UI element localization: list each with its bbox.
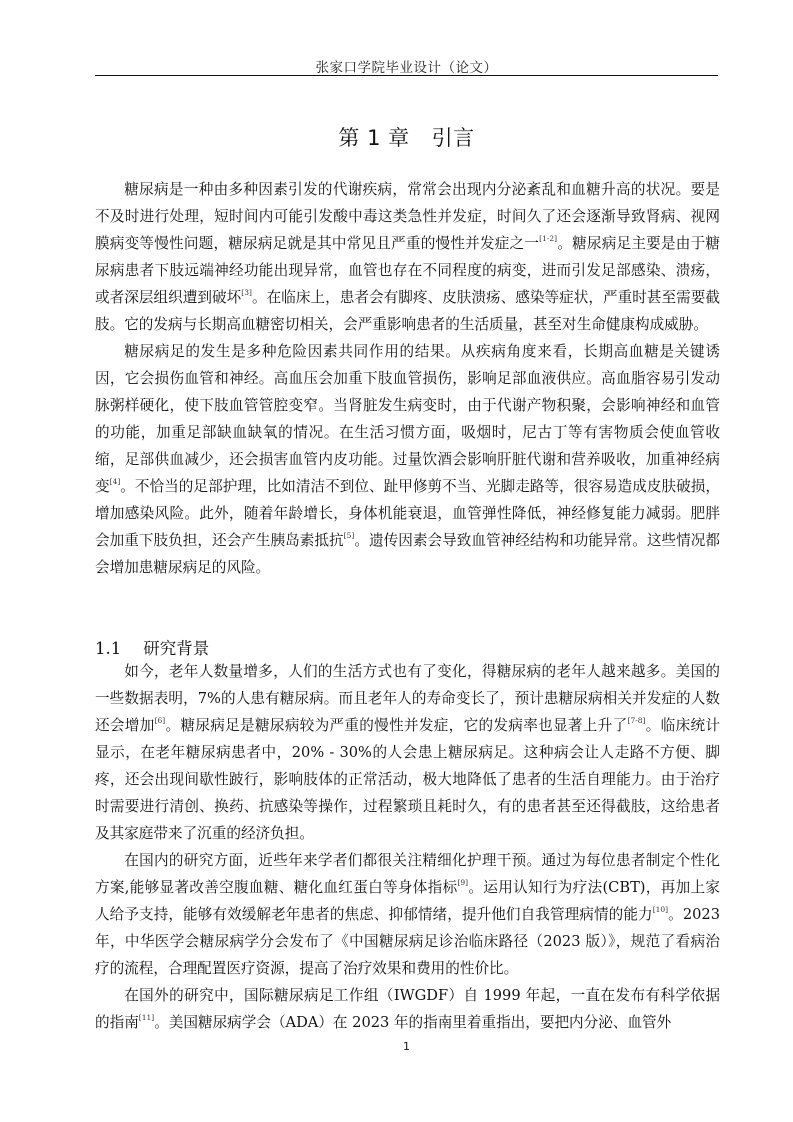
- citation-marker[interactable]: [9]: [457, 878, 468, 887]
- citation-marker[interactable]: [10]: [653, 905, 668, 914]
- chapter-title: 第 1 章引言: [95, 122, 718, 152]
- page-number: 1: [95, 1040, 718, 1053]
- paragraph-text: 。临床统计显示，在老年糖尿病患者中，20% - 30%的人会患上糖尿病足。这种病…: [95, 717, 720, 842]
- section-1-1-body: 如今，老年人数量增多，人们的生活方式也有了变化，得糖尿病的老年人越来越多。美国的…: [95, 658, 720, 1036]
- paragraph-text: 。美国糖尿病学会（ADA）在 2023 年的指南里着重指出，要把内分泌、血管外: [154, 1014, 671, 1031]
- citation-marker[interactable]: [1-2]: [539, 234, 557, 243]
- body-paragraph: 糖尿病是一种由多种因素引发的代谢疾病，常常会出现内分泌紊乱和血糖升高的状况。要是…: [95, 176, 720, 338]
- intro-body: 糖尿病是一种由多种因素引发的代谢疾病，常常会出现内分泌紊乱和血糖升高的状况。要是…: [95, 176, 720, 581]
- body-paragraph: 在国内的研究方面，近些年来学者们都很关注精细化护理干预。通过为每位患者制定个性化…: [95, 847, 720, 982]
- body-paragraph: 在国外的研究中，国际糖尿病足工作组（IWGDF）自 1999 年起，一直在发布有…: [95, 982, 720, 1036]
- citation-marker[interactable]: [7-8]: [628, 716, 646, 725]
- section-title: 研究背景: [143, 639, 209, 658]
- body-paragraph: 如今，老年人数量增多，人们的生活方式也有了变化，得糖尿病的老年人越来越多。美国的…: [95, 658, 720, 847]
- page-header-title: 张家口学院毕业设计（论文）: [95, 56, 718, 76]
- citation-marker[interactable]: [11]: [139, 1013, 154, 1022]
- paragraph-text: 糖尿病足的发生是多种危险因素共同作用的结果。从疾病角度来看，长期高血糖是关键诱因…: [95, 343, 720, 495]
- citation-marker[interactable]: [3]: [241, 288, 252, 297]
- section-heading: 1.1研究背景: [95, 635, 209, 659]
- chapter-number: 第 1 章: [338, 126, 409, 150]
- body-paragraph: 糖尿病足的发生是多种危险因素共同作用的结果。从疾病角度来看，长期高血糖是关键诱因…: [95, 338, 720, 581]
- header-rule: [95, 75, 718, 76]
- citation-marker[interactable]: [6]: [155, 716, 166, 725]
- chapter-name: 引言: [432, 126, 475, 150]
- citation-marker[interactable]: [5]: [344, 531, 355, 540]
- section-number: 1.1: [95, 639, 121, 658]
- paragraph-text: 。糖尿病足是糖尿病较为严重的慢性并发症，它的发病率也显著上升了: [165, 717, 627, 734]
- citation-marker[interactable]: [4]: [110, 477, 121, 486]
